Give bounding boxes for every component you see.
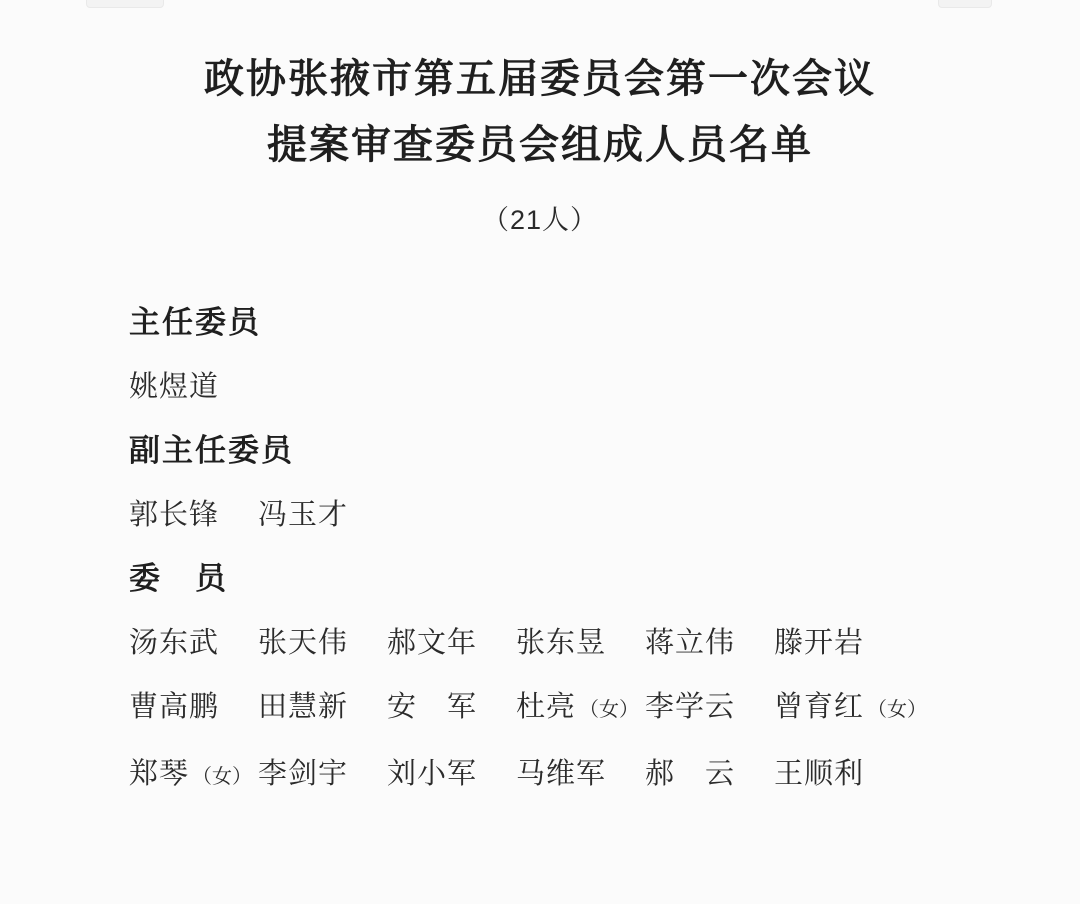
member-name: 郝文年 <box>387 626 477 660</box>
member-name: 张东昱 <box>516 626 606 660</box>
member-name: 郑琴 <box>129 757 189 791</box>
member-row: 曹高鹏 田慧新 安 军 杜亮 （女） 李学云 曾育红 （女） <box>129 690 1040 727</box>
member-cell: 郝 云 <box>645 757 774 794</box>
member-name: 马维军 <box>516 757 606 791</box>
member-cell: 张天伟 <box>258 626 387 660</box>
member-name: 李学云 <box>645 690 735 724</box>
member-gender-note: （女） <box>867 693 927 727</box>
member-name: 汤东武 <box>129 626 219 660</box>
member-cell: 郝文年 <box>387 626 516 660</box>
top-left-crop-artifact <box>86 0 164 8</box>
member-name: 曹高鹏 <box>129 690 219 724</box>
member-name: 蒋立伟 <box>645 626 735 660</box>
document-body: 主任委员 姚煜道 副主任委员 郭长锋 冯玉才 委 员 汤东武 <box>129 306 1040 824</box>
member-cell: 曹高鹏 <box>129 690 258 727</box>
member-cell: 郑琴 （女） <box>129 757 258 794</box>
member-name: 刘小军 <box>387 757 477 791</box>
member-cell: 李剑宇 <box>258 757 387 794</box>
member-name: 李剑宇 <box>258 757 348 791</box>
top-right-crop-artifact <box>938 0 992 8</box>
document-page: 政协张掖市第五届委员会第一次会议 提案审查委员会组成人员名单 （21人） 主任委… <box>0 0 1080 904</box>
member-cell: 张东昱 <box>516 626 645 660</box>
member-row: 姚煜道 <box>129 370 1040 404</box>
member-name: 安 军 <box>387 690 477 724</box>
member-name: 张天伟 <box>258 626 348 660</box>
member-gender-note: （女） <box>192 760 252 794</box>
member-cell: 滕开岩 <box>774 626 867 660</box>
member-row: 郭长锋 冯玉才 <box>129 498 1040 532</box>
member-cell: 刘小军 <box>387 757 516 794</box>
member-cell: 王顺利 <box>774 757 867 794</box>
section-heading-chairman: 主任委员 <box>129 306 1040 340</box>
member-cell: 汤东武 <box>129 626 258 660</box>
member-name: 田慧新 <box>258 690 348 724</box>
member-cell: 安 军 <box>387 690 516 727</box>
section-heading-vice-chairmen: 副主任委员 <box>129 434 1040 468</box>
member-cell: 马维军 <box>516 757 645 794</box>
member-name: 冯玉才 <box>258 498 348 532</box>
member-name: 滕开岩 <box>774 626 864 660</box>
doc-title-line1: 政协张掖市第五届委员会第一次会议 <box>0 46 1080 112</box>
member-gender-note: （女） <box>579 693 639 727</box>
title-block: 政协张掖市第五届委员会第一次会议 提案审查委员会组成人员名单 （21人） <box>0 0 1080 237</box>
member-row: 郑琴 （女） 李剑宇 刘小军 马维军 郝 云 王顺利 <box>129 757 1040 794</box>
member-count: （21人） <box>0 198 1080 237</box>
member-name: 姚煜道 <box>129 370 219 404</box>
member-cell: 曾育红 （女） <box>774 690 927 727</box>
doc-title-line2: 提案审查委员会组成人员名单 <box>0 112 1080 178</box>
member-cell: 田慧新 <box>258 690 387 727</box>
member-name: 王顺利 <box>774 757 864 791</box>
section-heading-members: 委 员 <box>129 562 1040 596</box>
member-name: 杜亮 <box>516 690 576 724</box>
member-cell: 姚煜道 <box>129 370 222 404</box>
member-cell: 冯玉才 <box>258 498 351 532</box>
member-name: 曾育红 <box>774 690 864 724</box>
member-cell: 蒋立伟 <box>645 626 774 660</box>
member-name: 郭长锋 <box>129 498 219 532</box>
member-name: 郝 云 <box>645 757 735 791</box>
member-cell: 郭长锋 <box>129 498 258 532</box>
member-row: 汤东武 张天伟 郝文年 张东昱 蒋立伟 滕开岩 <box>129 626 1040 660</box>
member-cell: 杜亮 （女） <box>516 690 645 727</box>
member-cell: 李学云 <box>645 690 774 727</box>
